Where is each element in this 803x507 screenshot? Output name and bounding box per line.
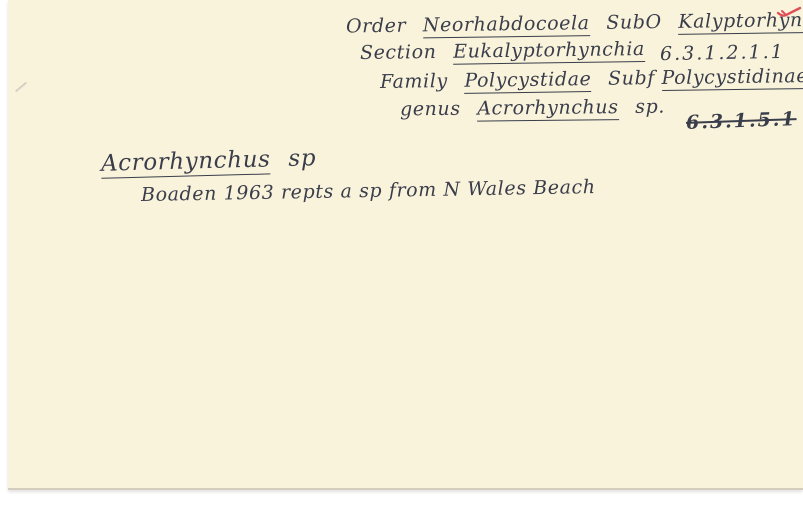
taxonomy-line-family: Family Polycystidae Subf Polycystidinae: [380, 65, 803, 93]
section-name: Eukalyptorhynchia: [453, 38, 645, 65]
catalogue-number: 6.3.1.2.1.1: [660, 41, 785, 65]
genus-name: Acrorhynchus: [477, 96, 618, 121]
family-name: Polycystidae: [464, 68, 591, 94]
order-name: Neorhabdocoela: [423, 12, 590, 38]
title-genus-name: Acrorhynchus: [101, 146, 271, 178]
rank-order-label: Order: [346, 15, 406, 38]
rank-subfamily-label: Subf: [608, 67, 655, 90]
rank-genus-label: genus: [400, 98, 461, 121]
index-card: Order Neorhabdocoela SubO Kalyptorhynchi…: [8, 0, 803, 490]
subfamily-name: Polycystidinae: [661, 65, 803, 91]
title-species-epithet: sp: [288, 145, 316, 172]
catalogue-number-struck: 6.3.1.5.1: [686, 108, 797, 134]
species-epithet: sp.: [635, 96, 665, 118]
taxonomy-line-section: Section Eukalyptorhynchia: [360, 38, 645, 64]
rank-family-label: Family: [380, 70, 448, 93]
taxonomy-line-genus: genus Acrorhynchus sp.: [400, 96, 665, 121]
suborder-name: Kalyptorhynchia: [678, 9, 803, 35]
taxonomy-line-order: Order Neorhabdocoela SubO Kalyptorhynchi…: [346, 9, 803, 38]
rank-section-label: Section: [360, 41, 437, 64]
card-title: Acrorhynchus sp: [101, 145, 317, 177]
scanned-page: Order Neorhabdocoela SubO Kalyptorhynchi…: [0, 0, 803, 507]
pencil-scratch-mark: [15, 82, 27, 93]
reference-note: Boaden 1963 repts a sp from N Wales Beac…: [141, 176, 596, 206]
rank-suborder-label: SubO: [606, 11, 662, 34]
